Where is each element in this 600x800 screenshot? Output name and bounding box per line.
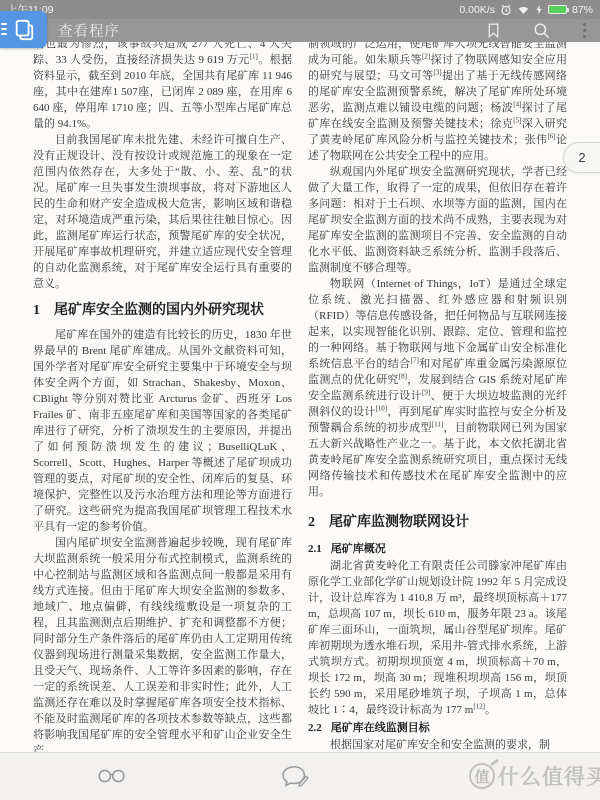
section-heading-2: 2 尾矿库监测物联网设计 xyxy=(308,513,567,531)
glasses-icon[interactable] xyxy=(94,765,130,787)
left-column: 响也最为惨烈，该事故共造成 277 人死亡、4 人失踪、33 人受伤，直接经济损… xyxy=(33,42,292,752)
subsection-heading-2-2: 2.2 尾矿库在线监测目标 xyxy=(308,720,567,736)
paragraph: 响也最为惨烈，该事故共造成 277 人死亡、4 人失踪、33 人受伤，直接经济损… xyxy=(33,42,292,132)
right-column: 制领域的广泛运用，使尾矿库大坝无线智能安全监测成为可能。如朱顺兵等[2]探讨了物… xyxy=(308,42,567,752)
page-indicator[interactable]: 2 xyxy=(563,142,600,173)
section-heading-1: 1 尾矿库安全监测的国内外研究现状 xyxy=(33,301,292,319)
search-icon[interactable] xyxy=(532,21,551,40)
battery-percent: 87% xyxy=(572,4,593,16)
paragraph: 目前我国尾矿库未批先建、未经许可擅自生产、没有正规设计、没有按设计或规范施工的现… xyxy=(33,132,292,292)
paragraph: 尾矿库在国外的建造有比较长的历史，1830 年世界最早的 Brent 尾矿库建成… xyxy=(33,327,292,535)
app-bar: 查看程序 xyxy=(0,19,600,42)
paragraph: 纵观国内外尾矿坝安全监测研究现状，学者已经做了大量工作，取得了一定的成果，但依旧… xyxy=(308,164,567,276)
network-speed: 0.00K/s xyxy=(459,4,495,16)
wifi-icon xyxy=(517,4,530,16)
bookmark-icon[interactable] xyxy=(485,21,502,40)
comment-edit-icon[interactable] xyxy=(281,765,311,790)
status-bar: 上午11:09 0.00K/s 87% xyxy=(0,0,600,19)
document-page[interactable]: 响也最为惨烈，该事故共造成 277 人死亡、4 人失踪、33 人受伤，直接经济损… xyxy=(0,42,600,752)
paragraph: 湖北省黄麦岭化工有限责任公司滕家冲尾矿库由原化学工业部化学矿山规划设计院 199… xyxy=(308,558,567,718)
paragraph: 物联网（Internet of Things，IoT）是通过全球定位系统、激光扫… xyxy=(308,276,567,500)
alarm-clock-icon xyxy=(500,4,512,16)
battery-icon xyxy=(548,5,567,14)
paragraph: 制领域的广泛运用，使尾矿库大坝无线智能安全监测成为可能。如朱顺兵等[2]探讨了物… xyxy=(308,42,567,164)
overflow-menu-icon[interactable] xyxy=(581,21,588,40)
paragraph: 根据国家对尾矿库安全和安全监测的要求，制 xyxy=(308,737,567,752)
subsection-heading-2-1: 2.1 尾矿库概况 xyxy=(308,541,567,557)
mini-hamburger-icon xyxy=(1,23,7,35)
floating-document-button[interactable] xyxy=(0,11,47,48)
charging-bolt-icon xyxy=(535,4,543,15)
bottom-toolbar xyxy=(0,752,600,800)
paragraph: 国内尾矿坝安全监测普遍起步较晚，现有尾矿库大坝监测系统一般采用分布式控制模式，监… xyxy=(33,535,292,752)
pages-copy-icon xyxy=(13,18,35,42)
page-title: 查看程序 xyxy=(58,20,485,41)
top-header: 上午11:09 0.00K/s 87% 查看程序 xyxy=(0,0,600,42)
